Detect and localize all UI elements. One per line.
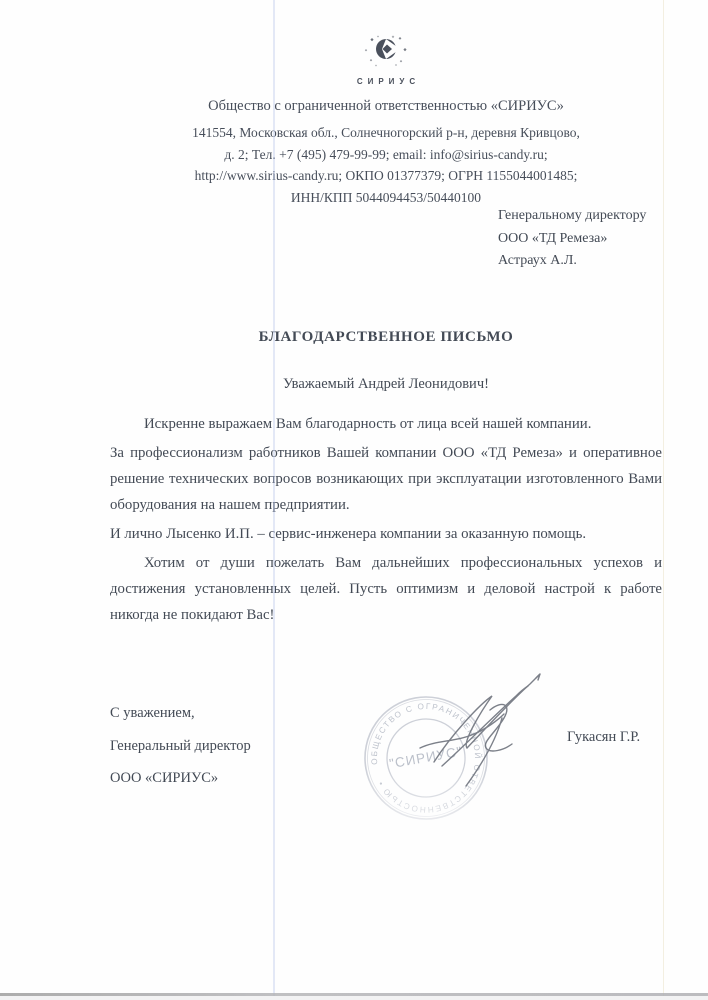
signoff-line: С уважением, <box>110 697 251 730</box>
company-address-block: 141554, Московская обл., Солнечногорский… <box>110 122 662 208</box>
salutation: Уважаемый Андрей Леонидович! <box>110 376 662 393</box>
brand-name: СИРИУС <box>352 77 420 86</box>
signoff-line: ООО «СИРИУС» <box>110 762 251 795</box>
handwritten-signature <box>412 662 557 797</box>
signoff-line: Генеральный директор <box>110 730 251 763</box>
recipient-line: ООО «ТД Ремеза» <box>498 228 646 251</box>
letter-body: Искренне выражаем Вам благодарность от л… <box>110 411 662 631</box>
sirius-logo-icon: СИРИУС <box>352 34 420 86</box>
recipient-block: Генеральному директору ООО «ТД Ремеза» А… <box>498 205 646 273</box>
scanned-letter-page: СИРИУС Общество с ограниченной ответстве… <box>0 0 708 1000</box>
signer-name: Гукасян Г.Р. <box>567 729 640 746</box>
signoff-block: С уважением, Генеральный директор ООО «С… <box>110 697 251 795</box>
scan-background-strip <box>0 996 708 1000</box>
paragraph: И лично Лысенко И.П. – сервис-инженера к… <box>110 521 662 547</box>
recipient-line: Астраух А.Л. <box>498 250 646 273</box>
scan-crease-line <box>273 0 275 1000</box>
address-line: 141554, Московская обл., Солнечногорский… <box>110 122 662 144</box>
address-line: д. 2; Тел. +7 (495) 479-99-99; email: in… <box>110 144 662 166</box>
letterhead: СИРИУС Общество с ограниченной ответстве… <box>110 34 662 208</box>
scan-right-edge <box>663 0 664 1000</box>
company-full-name: Общество с ограниченной ответственностью… <box>110 98 662 115</box>
recipient-line: Генеральному директору <box>498 205 646 228</box>
address-line: http://www.sirius-candy.ru; ОКПО 0137737… <box>110 165 662 187</box>
paragraph: Искренне выражаем Вам благодарность от л… <box>110 411 662 437</box>
paragraph: Хотим от души пожелать Вам дальнейших пр… <box>110 550 662 628</box>
paragraph: За профессионализм работников Вашей комп… <box>110 440 662 518</box>
letter-title: БЛАГОДАРСТВЕННОЕ ПИСЬМО <box>110 329 662 346</box>
